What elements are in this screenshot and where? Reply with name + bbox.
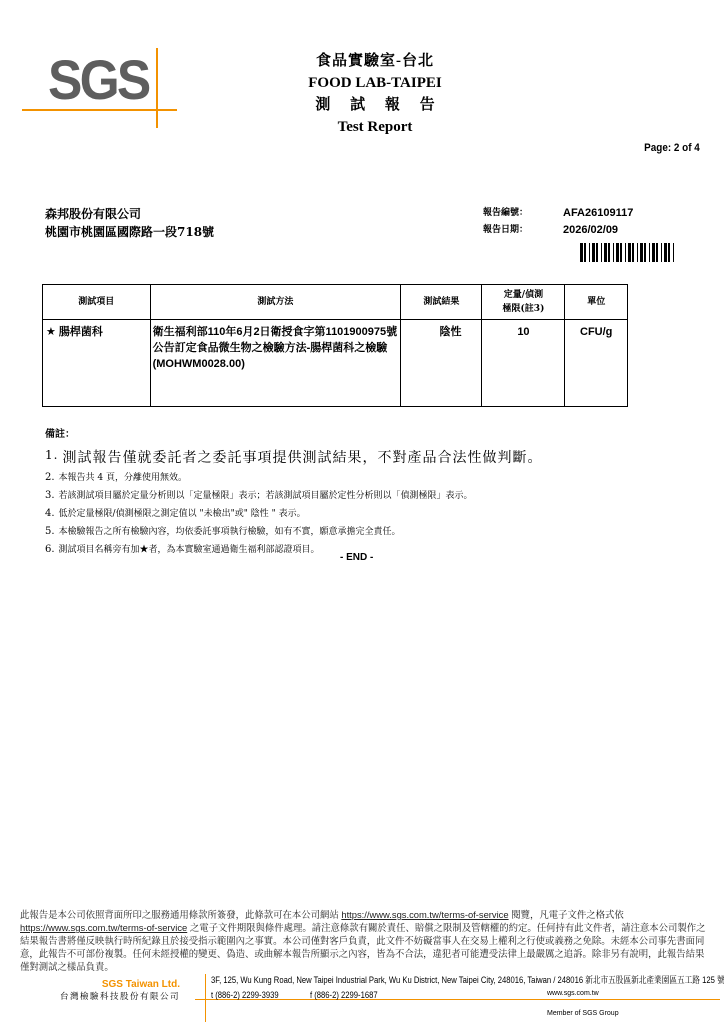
header-limit-line2: 極限(註3): [482, 302, 564, 316]
report-title-block: 食品實驗室-台北 FOOD LAB-TAIPEI 測 試 報 告 Test Re…: [250, 50, 500, 138]
footer-address: 3F, 125, Wu Kung Road, New Taipei Indust…: [211, 974, 724, 987]
note-item: 3.若該測試項目屬於定量分析則以「定量極限」表示；若該測試項目屬於定性分析則以「…: [45, 487, 685, 505]
note-item: 1.測試報告僅就委託者之委託事項提供測試結果，不對產品合法性做判斷。: [45, 444, 685, 469]
lab-name-en: FOOD LAB-TAIPEI: [250, 72, 500, 94]
cell-test-item: ★ 腸桿菌科: [43, 320, 151, 407]
sgs-logo: SGS: [22, 48, 182, 128]
notes-section: 備註： 1.測試報告僅就委託者之委託事項提供測試結果，不對產品合法性做判斷。 2…: [45, 425, 685, 559]
table-row: ★ 腸桿菌科 衛生福利部110年6月2日衛授食字第1101900975號 公告訂…: [43, 320, 628, 407]
footer-member: Member of SGS Group: [547, 1010, 619, 1017]
lab-name-zh: 食品實驗室-台北: [250, 50, 500, 72]
company-name-en: SGS Taiwan Ltd.: [55, 978, 180, 991]
report-date-label: 報告日期：: [483, 222, 563, 239]
header-test-result: 測試結果: [401, 285, 482, 320]
note-item: 5.本檢驗報告之所有檢驗內容，均依委託事項執行檢驗，如有不實，願意承擔完全責任。: [45, 523, 685, 541]
report-meta: 報告編號： AFA26109117 報告日期： 2026/02/09: [483, 205, 633, 239]
report-number-label: 報告編號：: [483, 205, 563, 222]
table-header-row: 測試項目 測試方法 測試結果 定量/偵測 極限(註3) 單位: [43, 285, 628, 320]
footer-phone: t (886-2) 2299-3939: [211, 989, 279, 1002]
company-name-zh: 台灣檢驗科技股份有限公司: [55, 991, 180, 1004]
barcode: [580, 243, 681, 262]
client-info: 森邦股份有限公司 桃園市桃園區國際路一段718號: [45, 205, 214, 241]
method-line-2: 公告訂定食品微生物之檢驗方法-腸桿菌科之檢驗: [153, 340, 401, 356]
terms-link-2[interactable]: https://www.sgs.com.tw/terms-of-service: [20, 922, 187, 933]
header-unit: 單位: [565, 285, 628, 320]
cell-test-method: 衛生福利部110年6月2日衛授食字第1101900975號 公告訂定食品微生物之…: [150, 320, 401, 407]
note-item: 4.低於定量極限/偵測極限之測定值以 "未檢出"或" 陰性 " 表示。: [45, 505, 685, 523]
end-marker: - END -: [340, 552, 373, 563]
header-limit-line1: 定量/偵測: [482, 288, 564, 302]
doc-type-en: Test Report: [250, 116, 500, 138]
header-test-method: 測試方法: [150, 285, 401, 320]
footer-company: SGS Taiwan Ltd. 台灣檢驗科技股份有限公司: [55, 978, 180, 1004]
client-name: 森邦股份有限公司: [45, 205, 214, 223]
logo-vertical-line: [156, 48, 158, 128]
header-test-item: 測試項目: [43, 285, 151, 320]
notes-title: 備註：: [45, 425, 685, 440]
method-line-1: 衛生福利部110年6月2日衛授食字第1101900975號: [153, 324, 401, 340]
doc-type-zh: 測 試 報 告: [250, 94, 500, 116]
page-number: Page: 2 of 4: [644, 142, 700, 154]
cell-unit: CFU/g: [565, 320, 628, 407]
report-date: 2026/02/09: [563, 222, 618, 239]
cell-test-result: 陰性: [401, 320, 482, 407]
logo-horizontal-line: [22, 109, 177, 111]
note-item: 2.本報告共 4 頁，分離使用無效。: [45, 469, 685, 487]
footer-website[interactable]: www.sgs.com.tw: [547, 990, 599, 997]
footer-fax: f (886-2) 2299-1687: [310, 989, 378, 1002]
sgs-logo-text: SGS: [48, 48, 149, 112]
results-table: 測試項目 測試方法 測試結果 定量/偵測 極限(註3) 單位 ★ 腸桿菌科 衛生…: [42, 284, 628, 407]
footer-divider-vertical: [205, 974, 206, 1022]
header-detection-limit: 定量/偵測 極限(註3): [482, 285, 565, 320]
terms-link[interactable]: https://www.sgs.com.tw/terms-of-service: [341, 909, 508, 920]
method-line-3: (MOHWM0028.00): [153, 356, 401, 372]
cell-detection-limit: 10: [482, 320, 565, 407]
footer-disclaimer: 此報告是本公司依照背面所印之服務通用條款所簽發，此條款可在本公司網站 https…: [20, 908, 710, 973]
client-address: 桃園市桃園區國際路一段718號: [45, 223, 214, 241]
report-number: AFA26109117: [563, 205, 633, 222]
